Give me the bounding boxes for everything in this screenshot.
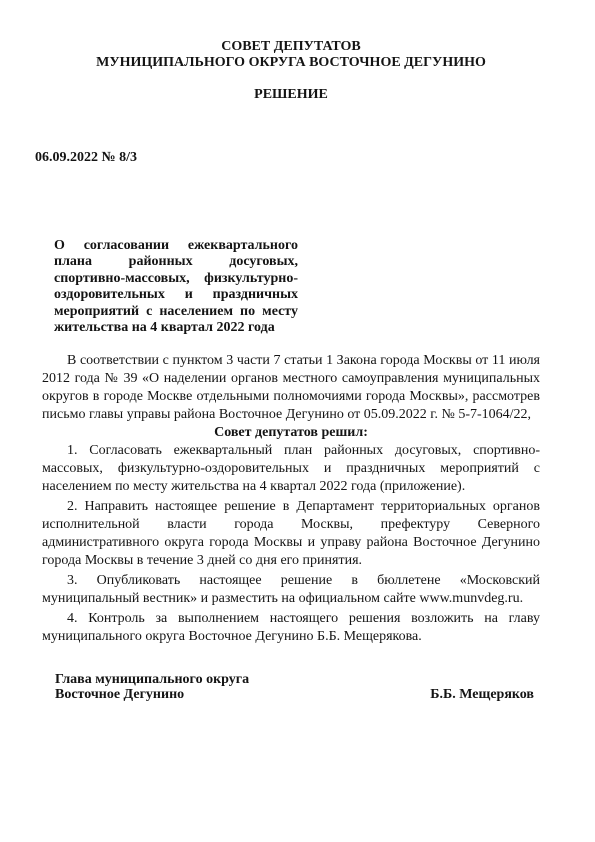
subject-paragraph: О согласовании ежеквартального плана рай… [54,238,298,337]
decision-item-3: 3. Опубликовать настоящее решение в бюлл… [42,572,540,608]
preamble-paragraph: В соответствии с пунктом 3 части 7 стать… [42,352,540,424]
decision-heading: Совет депутатов решил: [42,424,540,442]
doc-type-title: РЕШЕНИЕ [42,87,540,103]
decision-item-4: 4. Контроль за выполнением настоящего ре… [42,610,540,646]
signature-position-line1: Глава муниципального округа [55,672,249,688]
signature-name: Б.Б. Мещеряков [430,687,534,703]
council-name-line1: СОВЕТ ДЕПУТАТОВ [42,39,540,55]
signature-position-line2: Восточное Дегунино [55,687,249,703]
signature-block: Глава муниципального округа Восточное Де… [55,672,540,703]
doc-date-number: 06.09.2022 № 8/3 [35,150,540,166]
signature-position: Глава муниципального округа Восточное Де… [55,672,249,703]
council-name: СОВЕТ ДЕПУТАТОВ МУНИЦИПАЛЬНОГО ОКРУГА ВО… [42,39,540,70]
council-name-line2: МУНИЦИПАЛЬНОГО ОКРУГА ВОСТОЧНОЕ ДЕГУНИНО [42,55,540,71]
decision-item-1: 1. Согласовать ежеквартальный план район… [42,442,540,496]
decision-item-2: 2. Направить настоящее решение в Департа… [42,498,540,570]
document-page: СОВЕТ ДЕПУТАТОВ МУНИЦИПАЛЬНОГО ОКРУГА ВО… [0,0,595,842]
